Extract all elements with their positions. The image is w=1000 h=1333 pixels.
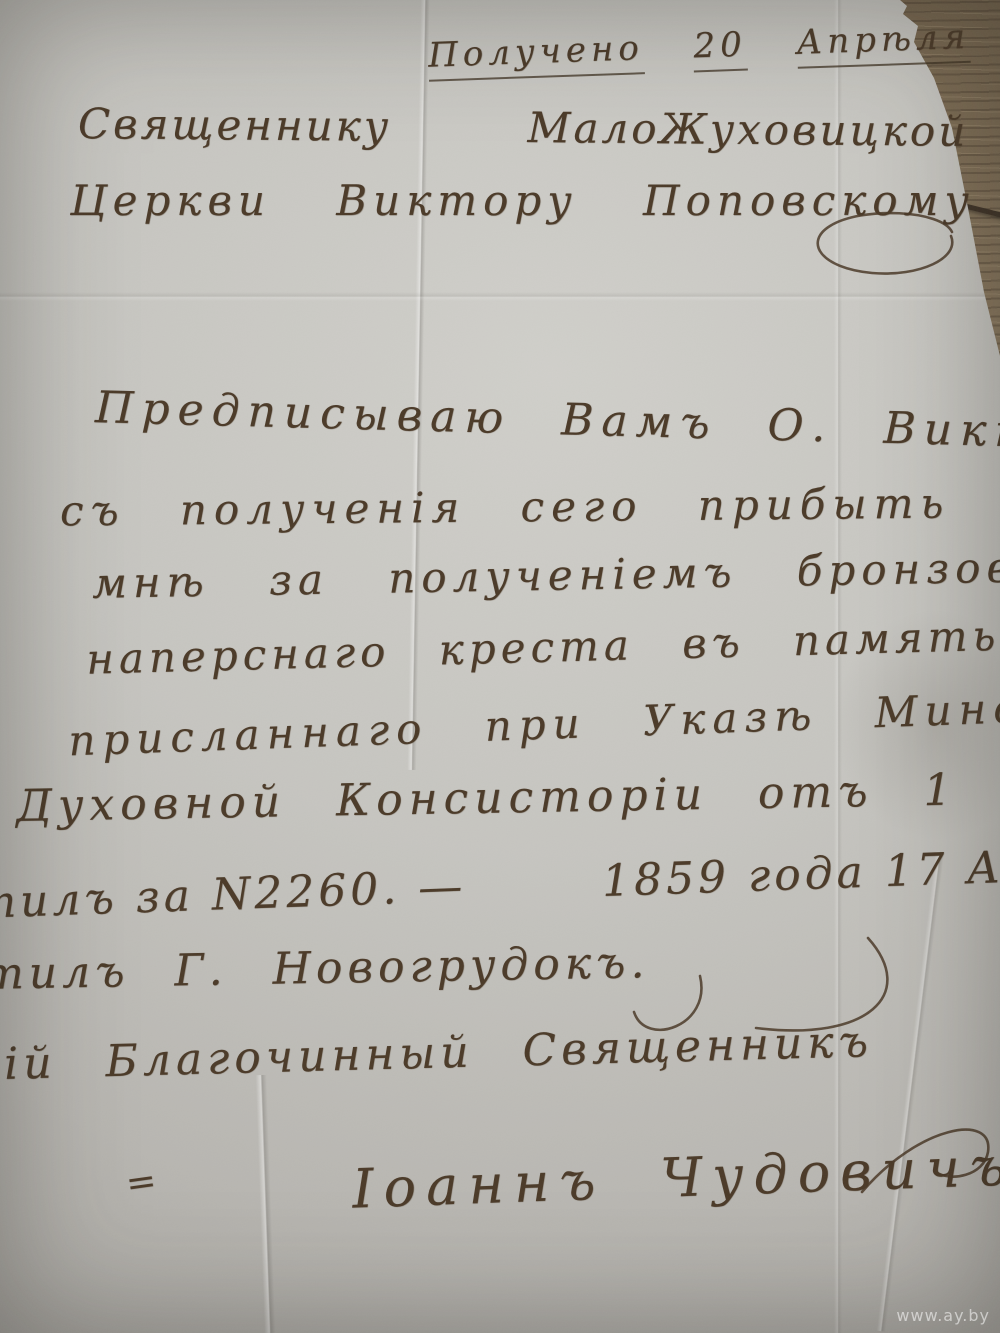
paper-crease bbox=[877, 851, 945, 1331]
paper-fold-line bbox=[0, 292, 1000, 301]
address-line: Церкви Виктору Поповскому bbox=[70, 176, 975, 225]
paper-crease bbox=[256, 1075, 276, 1333]
address-line: Священнику МалоЖуховицкой bbox=[78, 99, 969, 156]
body-line: съ полученія сего прибыть ко bbox=[60, 478, 1000, 536]
received-word: Получено bbox=[427, 28, 644, 81]
dash-mark: = bbox=[123, 1160, 159, 1205]
received-day: 20 bbox=[693, 25, 748, 73]
watermark: www.ay.by bbox=[896, 1306, 990, 1325]
photo-of-manuscript: Получено 20 Апрѣля Священнику МалоЖухови… bbox=[0, 0, 1000, 1333]
received-month: Апрѣля bbox=[796, 17, 971, 69]
